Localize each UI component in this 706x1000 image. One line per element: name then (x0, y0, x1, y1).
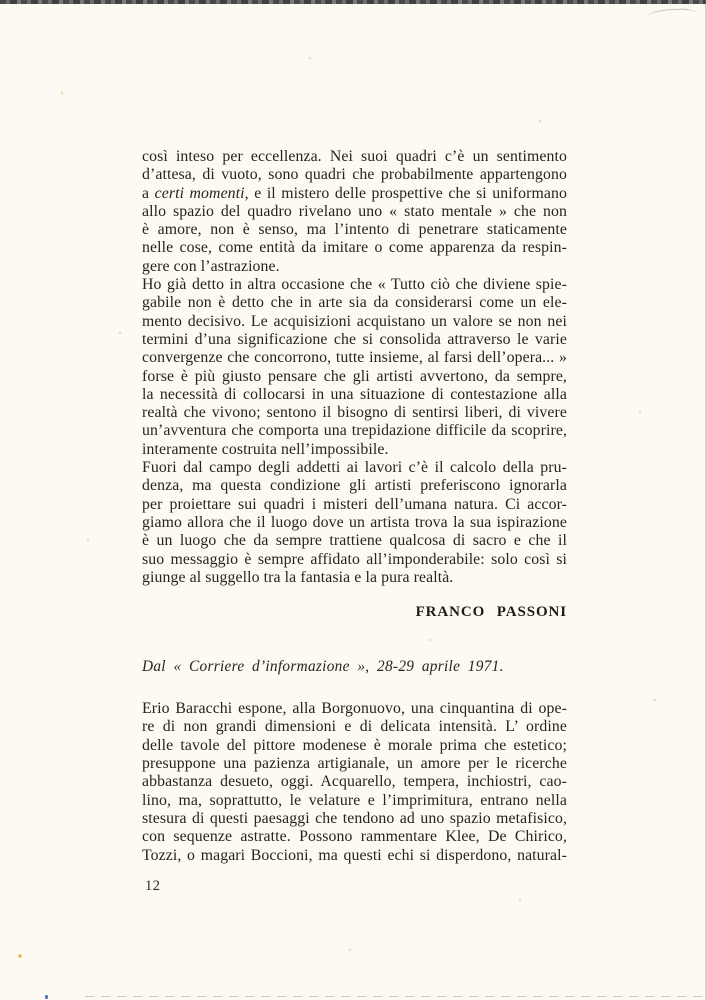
text-line: con sequenze astratte. Possono rammentar… (142, 828, 567, 846)
text-line: giunge al suggello tra la fantasia e la … (142, 569, 567, 587)
text-segment: nelle cose, come entità da imitare o com… (142, 239, 567, 256)
source-citation: Dal « Corriere d’informazione », 28-29 a… (142, 658, 567, 676)
scan-top-edge (0, 0, 706, 4)
text-line: la necessità di collocarsi in una situaz… (142, 386, 567, 404)
text-line: lino, ma, soprattutto, le velature e l’i… (142, 792, 567, 810)
text-line: re di non grandi dimensioni e di delicat… (142, 718, 567, 736)
text-segment: convergenze che concorrono, tutte insiem… (142, 349, 567, 366)
text-segment: mento decisivo. Le acquisizioni acquista… (142, 313, 567, 330)
text-line: delle tavole del pittore modenese è mora… (142, 737, 567, 755)
text-line: così inteso per eccellenza. Nei suoi qua… (142, 148, 567, 166)
text-segment: la necessità di collocarsi in una situaz… (142, 386, 567, 403)
text-line: Ho già detto in altra occasione che « Tu… (142, 276, 567, 294)
paragraph: così inteso per eccellenza. Nei suoi qua… (142, 148, 567, 276)
text-segment: presuppone una pazienza artigianale, un … (142, 755, 567, 772)
text-line: realtà che vivono; sentono il bisogno di… (142, 404, 567, 422)
scan-bottom-edge (85, 996, 706, 997)
text-segment: Fuori dal campo degli addetti ai lavori … (142, 459, 567, 476)
text-line: gere con l’astrazione. (142, 258, 567, 276)
text-segment: è amore, non è senso, ma l’intento di pe… (142, 221, 567, 238)
italic-phrase: certi momenti, (155, 185, 249, 202)
text-line: Fuori dal campo degli addetti ai lavori … (142, 459, 567, 477)
text-segment: gere con l’astrazione. (142, 258, 280, 275)
text-segment: termini d’una significazione che si cons… (142, 331, 567, 348)
text-line: mento decisivo. Le acquisizioni acquista… (142, 313, 567, 331)
text-line: è un luogo che da sempre trattiene qualc… (142, 532, 567, 550)
text-segment: così inteso per eccellenza. Nei suoi qua… (142, 148, 567, 165)
text-line: presuppone una pazienza artigianale, un … (142, 755, 567, 773)
text-segment: forse è più giusto pensare che gli artis… (142, 368, 567, 385)
text-segment: gabile non è detto che in arte sia da co… (142, 294, 567, 311)
text-line: è amore, non è senso, ma l’intento di pe… (142, 221, 567, 239)
text-line: giamo allora che il luogo dove un artist… (142, 514, 567, 532)
scanned-book-page: così inteso per eccellenza. Nei suoi qua… (0, 0, 706, 1000)
text-segment: d’attesa, di vuoto, sono quadri che prob… (142, 166, 567, 183)
text-column: così inteso per eccellenza. Nei suoi qua… (142, 148, 567, 865)
text-segment: con sequenze astratte. Possono rammentar… (142, 828, 567, 845)
text-line: gabile non è detto che in arte sia da co… (142, 294, 567, 312)
blue-ink-speck (45, 995, 48, 999)
text-segment: suo messaggio è sempre affidato all’impo… (142, 551, 567, 568)
text-segment: lino, ma, soprattutto, le velature e l’i… (142, 792, 567, 809)
text-line: d’attesa, di vuoto, sono quadri che prob… (142, 166, 567, 184)
text-segment: per proiettare sui quadri i misteri dell… (142, 496, 567, 513)
text-segment: giunge al suggello tra la fantasia e la … (142, 569, 453, 586)
text-segment: allo spazio del quadro rivelano uno « st… (142, 203, 567, 220)
text-line: suo messaggio è sempre affidato all’impo… (142, 551, 567, 569)
paragraph: Ho già detto in altra occasione che « Tu… (142, 276, 567, 459)
text-line: un’avventura che comporta una trepidazio… (142, 422, 567, 440)
text-line: abbastanza desueto, oggi. Acquarello, te… (142, 773, 567, 791)
text-segment: è un luogo che da sempre trattiene qualc… (142, 532, 567, 549)
text-line: interamente costruita nell’impossibile. (142, 441, 567, 459)
text-segment: abbastanza desueto, oggi. Acquarello, te… (142, 773, 567, 790)
text-segment: denza, ma questa condizione gli artisti … (142, 477, 567, 494)
text-segment: a (142, 185, 155, 202)
text-segment: giamo allora che il luogo dove un artist… (142, 514, 567, 531)
text-line: stesura di questi paesaggi che tendono a… (142, 810, 567, 828)
paragraph: Erio Baracchi espone, alla Borgonuovo, u… (142, 700, 567, 865)
text-segment: stesura di questi paesaggi che tendono a… (142, 810, 567, 827)
text-line: convergenze che concorrono, tutte insiem… (142, 349, 567, 367)
author-signature: FRANCO PASSONI (142, 604, 567, 621)
second-article-text: Erio Baracchi espone, alla Borgonuovo, u… (142, 700, 567, 865)
text-line: allo spazio del quadro rivelano uno « st… (142, 203, 567, 221)
text-segment: e il mistero delle prospettive che si un… (249, 185, 567, 202)
text-segment: re di non grandi dimensioni e di delicat… (142, 718, 567, 735)
paragraph: Fuori dal campo degli addetti ai lavori … (142, 459, 567, 587)
text-segment: un’avventura che comporta una trepidazio… (142, 422, 567, 439)
text-segment: interamente costruita nell’impossibile. (142, 441, 389, 458)
text-line: Tozzi, o magari Boccioni, ma questi echi… (142, 847, 567, 865)
text-line: nelle cose, come entità da imitare o com… (142, 239, 567, 257)
page-number: 12 (145, 878, 161, 895)
text-segment: realtà che vivono; sentono il bisogno di… (142, 404, 567, 421)
text-segment: Ho già detto in altra occasione che « Tu… (142, 276, 567, 293)
text-line: Erio Baracchi espone, alla Borgonuovo, u… (142, 700, 567, 718)
first-article-text: così inteso per eccellenza. Nei suoi qua… (142, 148, 567, 587)
text-line: per proiettare sui quadri i misteri dell… (142, 496, 567, 514)
text-line: termini d’una significazione che si cons… (142, 331, 567, 349)
scan-smudge-mark (648, 8, 697, 23)
text-segment: delle tavole del pittore modenese è mora… (142, 737, 567, 754)
text-line: forse è più giusto pensare che gli artis… (142, 368, 567, 386)
text-line: a certi momenti, e il mistero delle pros… (142, 185, 567, 203)
text-segment: Erio Baracchi espone, alla Borgonuovo, u… (142, 700, 567, 717)
text-segment: Tozzi, o magari Boccioni, ma questi echi… (142, 847, 567, 864)
text-line: denza, ma questa condizione gli artisti … (142, 477, 567, 495)
